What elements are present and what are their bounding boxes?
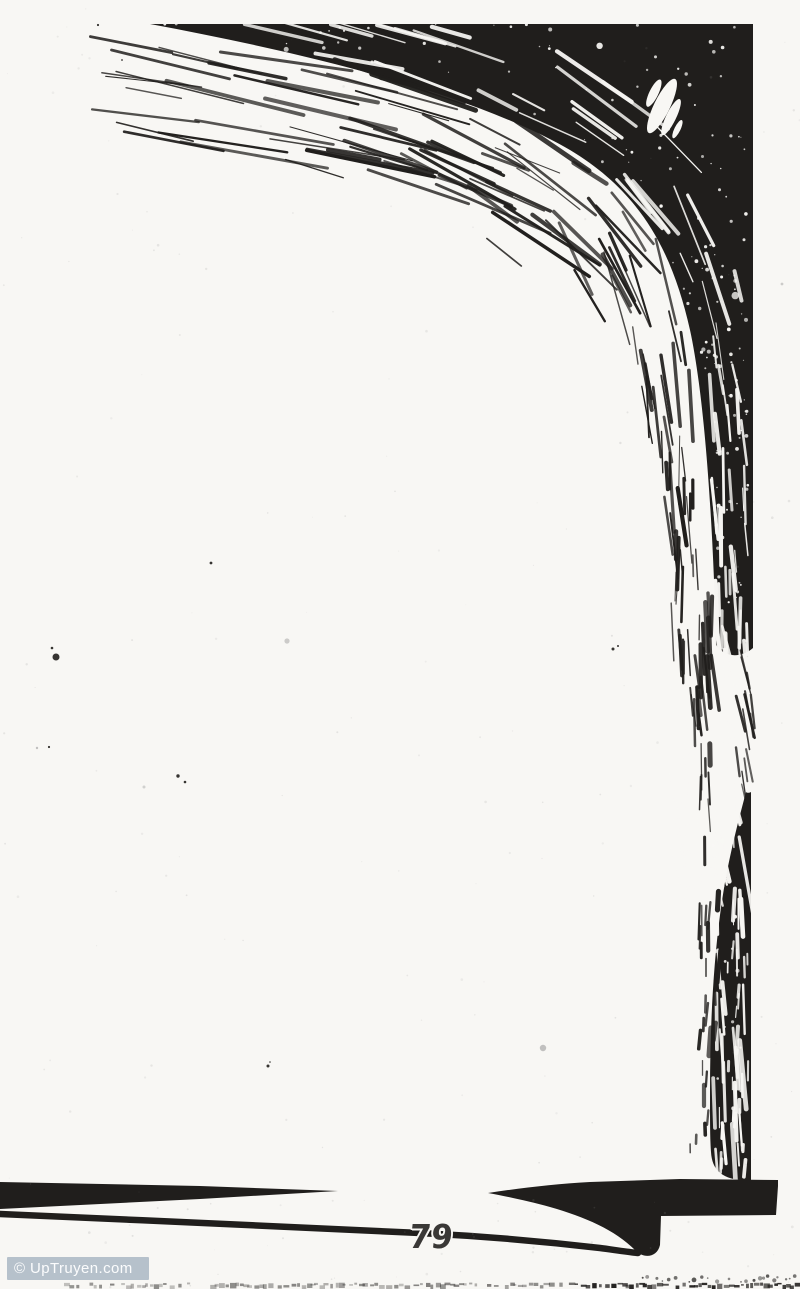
watermark-text: © UpTruyen.com [14,1260,133,1277]
artwork-canvas [0,0,800,1289]
page-number: 79 [408,1220,455,1253]
manga-page-scan: 79 © UpTruyen.com [0,0,800,1289]
watermark-badge: © UpTruyen.com [7,1257,149,1280]
